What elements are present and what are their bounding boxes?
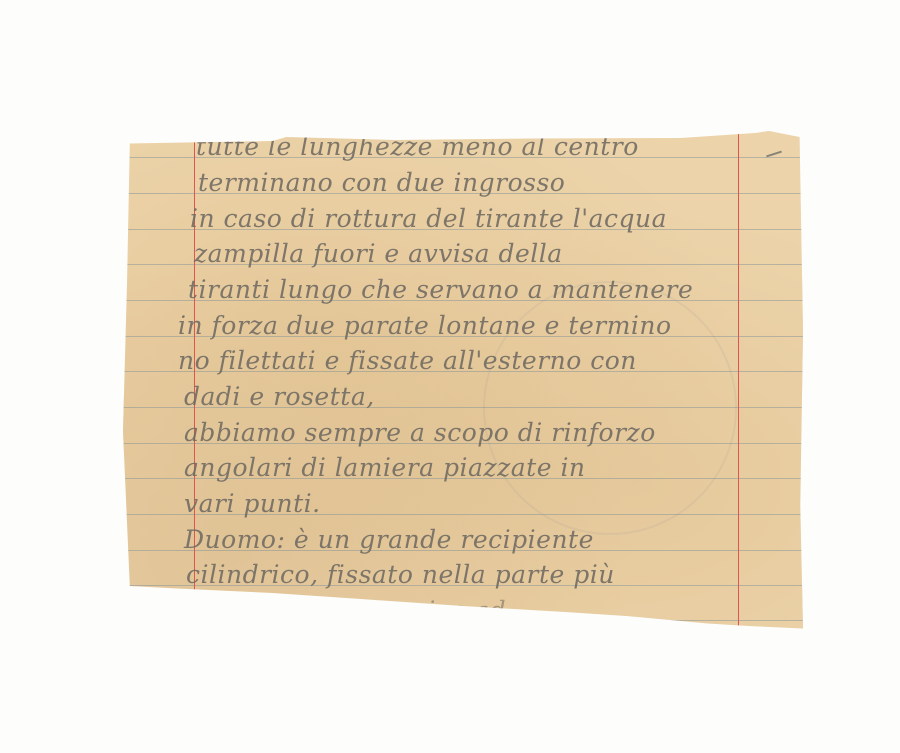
handwritten-text: tutte le lunghezze meno al centro termin…	[178, 131, 778, 631]
handwritten-line: in forza due parate lontane e termino	[178, 308, 672, 344]
handwritten-line: Duomo: è un grande recipiente	[184, 522, 594, 558]
handwritten-line: angolari di lamiera piazzate in	[184, 450, 586, 486]
handwritten-line: in caso di rottura del tirante l'acqua	[190, 201, 667, 237]
handwritten-line: abbiamo sempre a scopo di rinforzo	[184, 415, 656, 451]
handwritten-line: no filettati e fissate all'esterno con	[178, 343, 637, 379]
handwritten-line: cilindrico, fissato nella parte più	[186, 557, 615, 593]
handwritten-line: zampilla fuori e avvisa della	[194, 236, 563, 272]
handwritten-line: dadi e rosetta,	[184, 379, 375, 415]
handwritten-line: vari punti.	[184, 486, 321, 522]
notebook-paper-fragment: tutte le lunghezze meno al centro termin…	[123, 131, 803, 631]
handwritten-line: tiranti lungo che servano a mantenere	[188, 272, 693, 308]
handwritten-line: terminano con due ingrosso	[198, 165, 565, 201]
